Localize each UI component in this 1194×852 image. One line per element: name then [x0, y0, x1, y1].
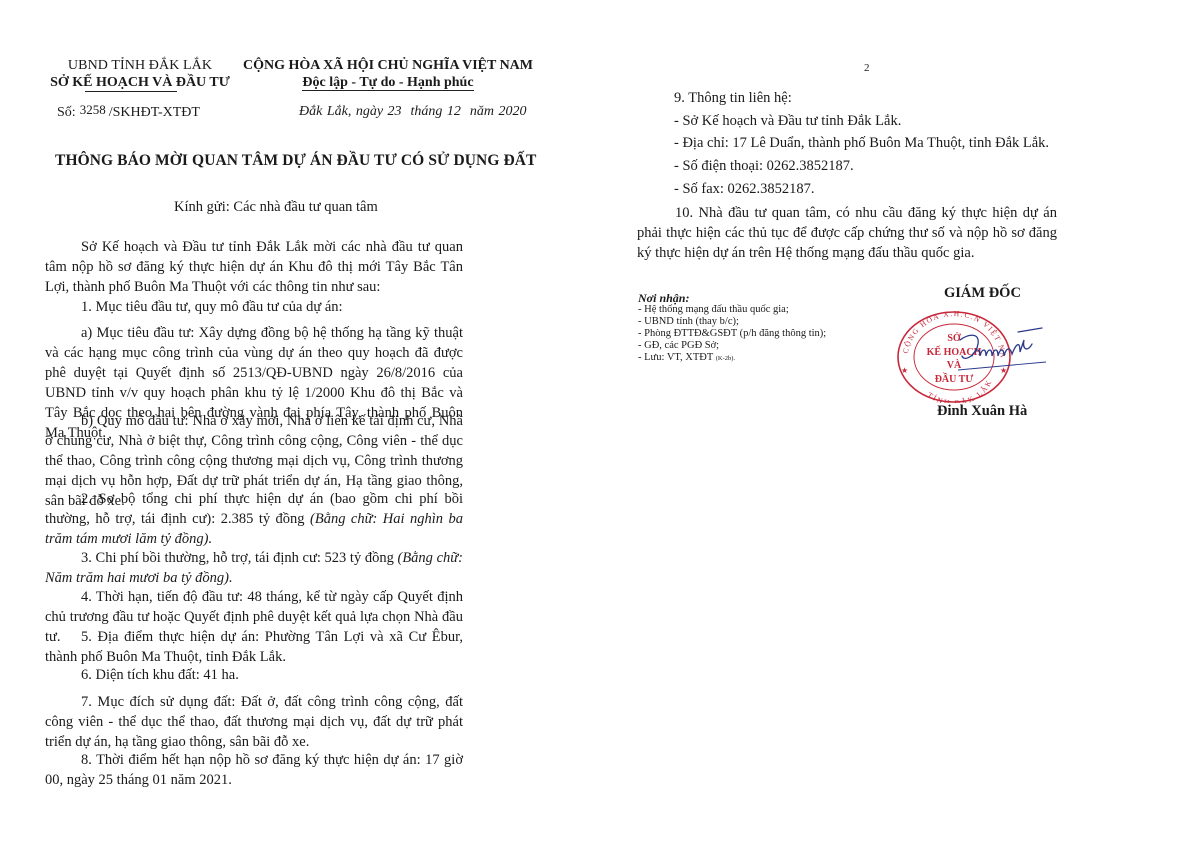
document-title: THÔNG BÁO MỜI QUAN TÂM DỰ ÁN ĐẦU TƯ CÓ S…	[55, 152, 537, 170]
svg-text:★: ★	[901, 366, 908, 375]
item-8: 8. Thời điểm hết hạn nộp hồ sơ đăng ký t…	[45, 750, 463, 790]
item-2: 2. Sơ bộ tổng chi phí thực hiện dự án (b…	[45, 489, 463, 549]
country-name: CỘNG HÒA XÃ HỘI CHỦ NGHĨA VIỆT NAM	[228, 57, 548, 74]
agency-underline	[85, 91, 177, 92]
intro-paragraph: Sở Kế hoạch và Đầu tư tỉnh Đắk Lắk mời c…	[45, 237, 463, 297]
document-number-value: 3258	[80, 102, 106, 117]
document-number: Số:3258/SKHĐT-XTĐT	[57, 104, 200, 121]
recipient-item: - Phòng ĐTTĐ&GSĐT (p/h đăng thông tin);	[638, 328, 826, 340]
recipients-block: Nơi nhận: - Hệ thống mạng đấu thầu quốc …	[638, 292, 826, 365]
addressee: Kính gửi: Các nhà đầu tư quan tâm	[174, 199, 378, 216]
place-and-date: Đắk Lắk, ngày 23 tháng 12 năm 2020	[299, 104, 527, 120]
item-7: 7. Mục đích sử dụng đất: Đất ở, đất công…	[45, 692, 463, 752]
item-5: 5. Địa điểm thực hiện dự án: Phường Tân …	[45, 627, 463, 667]
contact-address: - Địa chỉ: 17 Lê Duẩn, thành phố Buôn Ma…	[674, 133, 1049, 153]
item-10: 10. Nhà đầu tư quan tâm, có nhu cầu đăng…	[637, 203, 1057, 263]
contact-organization: - Sở Kế hoạch và Đầu tư tỉnh Đắk Lắk.	[674, 111, 901, 131]
recipient-item: - UBND tỉnh (thay b/c);	[638, 316, 826, 328]
parent-agency: UBND TỈNH ĐẮK LẮK	[40, 57, 240, 74]
contact-fax: - Số fax: 0262.3852187.	[674, 179, 815, 199]
item-3: 3. Chi phí bồi thường, hỗ trợ, tái định …	[45, 548, 463, 588]
recipient-item: - Lưu: VT, XTĐT (K-2b).	[638, 352, 826, 365]
item-6: 6. Diện tích khu đất: 41 ha.	[45, 665, 463, 685]
issuing-agency-block: UBND TỈNH ĐẮK LẮK SỞ KẾ HOẠCH VÀ ĐẦU TƯ	[40, 57, 240, 91]
signer-name: Đinh Xuân Hà	[937, 403, 1027, 420]
recipient-item: - GĐ, các PGĐ Sở;	[638, 340, 826, 352]
agency-name: SỞ KẾ HOẠCH VÀ ĐẦU TƯ	[40, 74, 240, 91]
handwritten-signature-icon	[958, 326, 1048, 376]
recipients-heading: Nơi nhận:	[638, 292, 826, 304]
signer-position: GIÁM ĐỐC	[944, 285, 1021, 302]
item-1: 1. Mục tiêu đầu tư, quy mô đầu tư của dự…	[45, 297, 463, 317]
national-header: CỘNG HÒA XÃ HỘI CHỦ NGHĨA VIỆT NAM Độc l…	[228, 57, 548, 91]
recipient-item: - Hệ thống mạng đấu thầu quốc gia;	[638, 304, 826, 316]
page-number: 2	[864, 62, 870, 74]
contact-phone: - Số điện thoại: 0262.3852187.	[674, 156, 854, 176]
item-9: 9. Thông tin liên hệ:	[674, 88, 792, 108]
national-motto: Độc lập - Tự do - Hạnh phúc	[228, 74, 548, 91]
